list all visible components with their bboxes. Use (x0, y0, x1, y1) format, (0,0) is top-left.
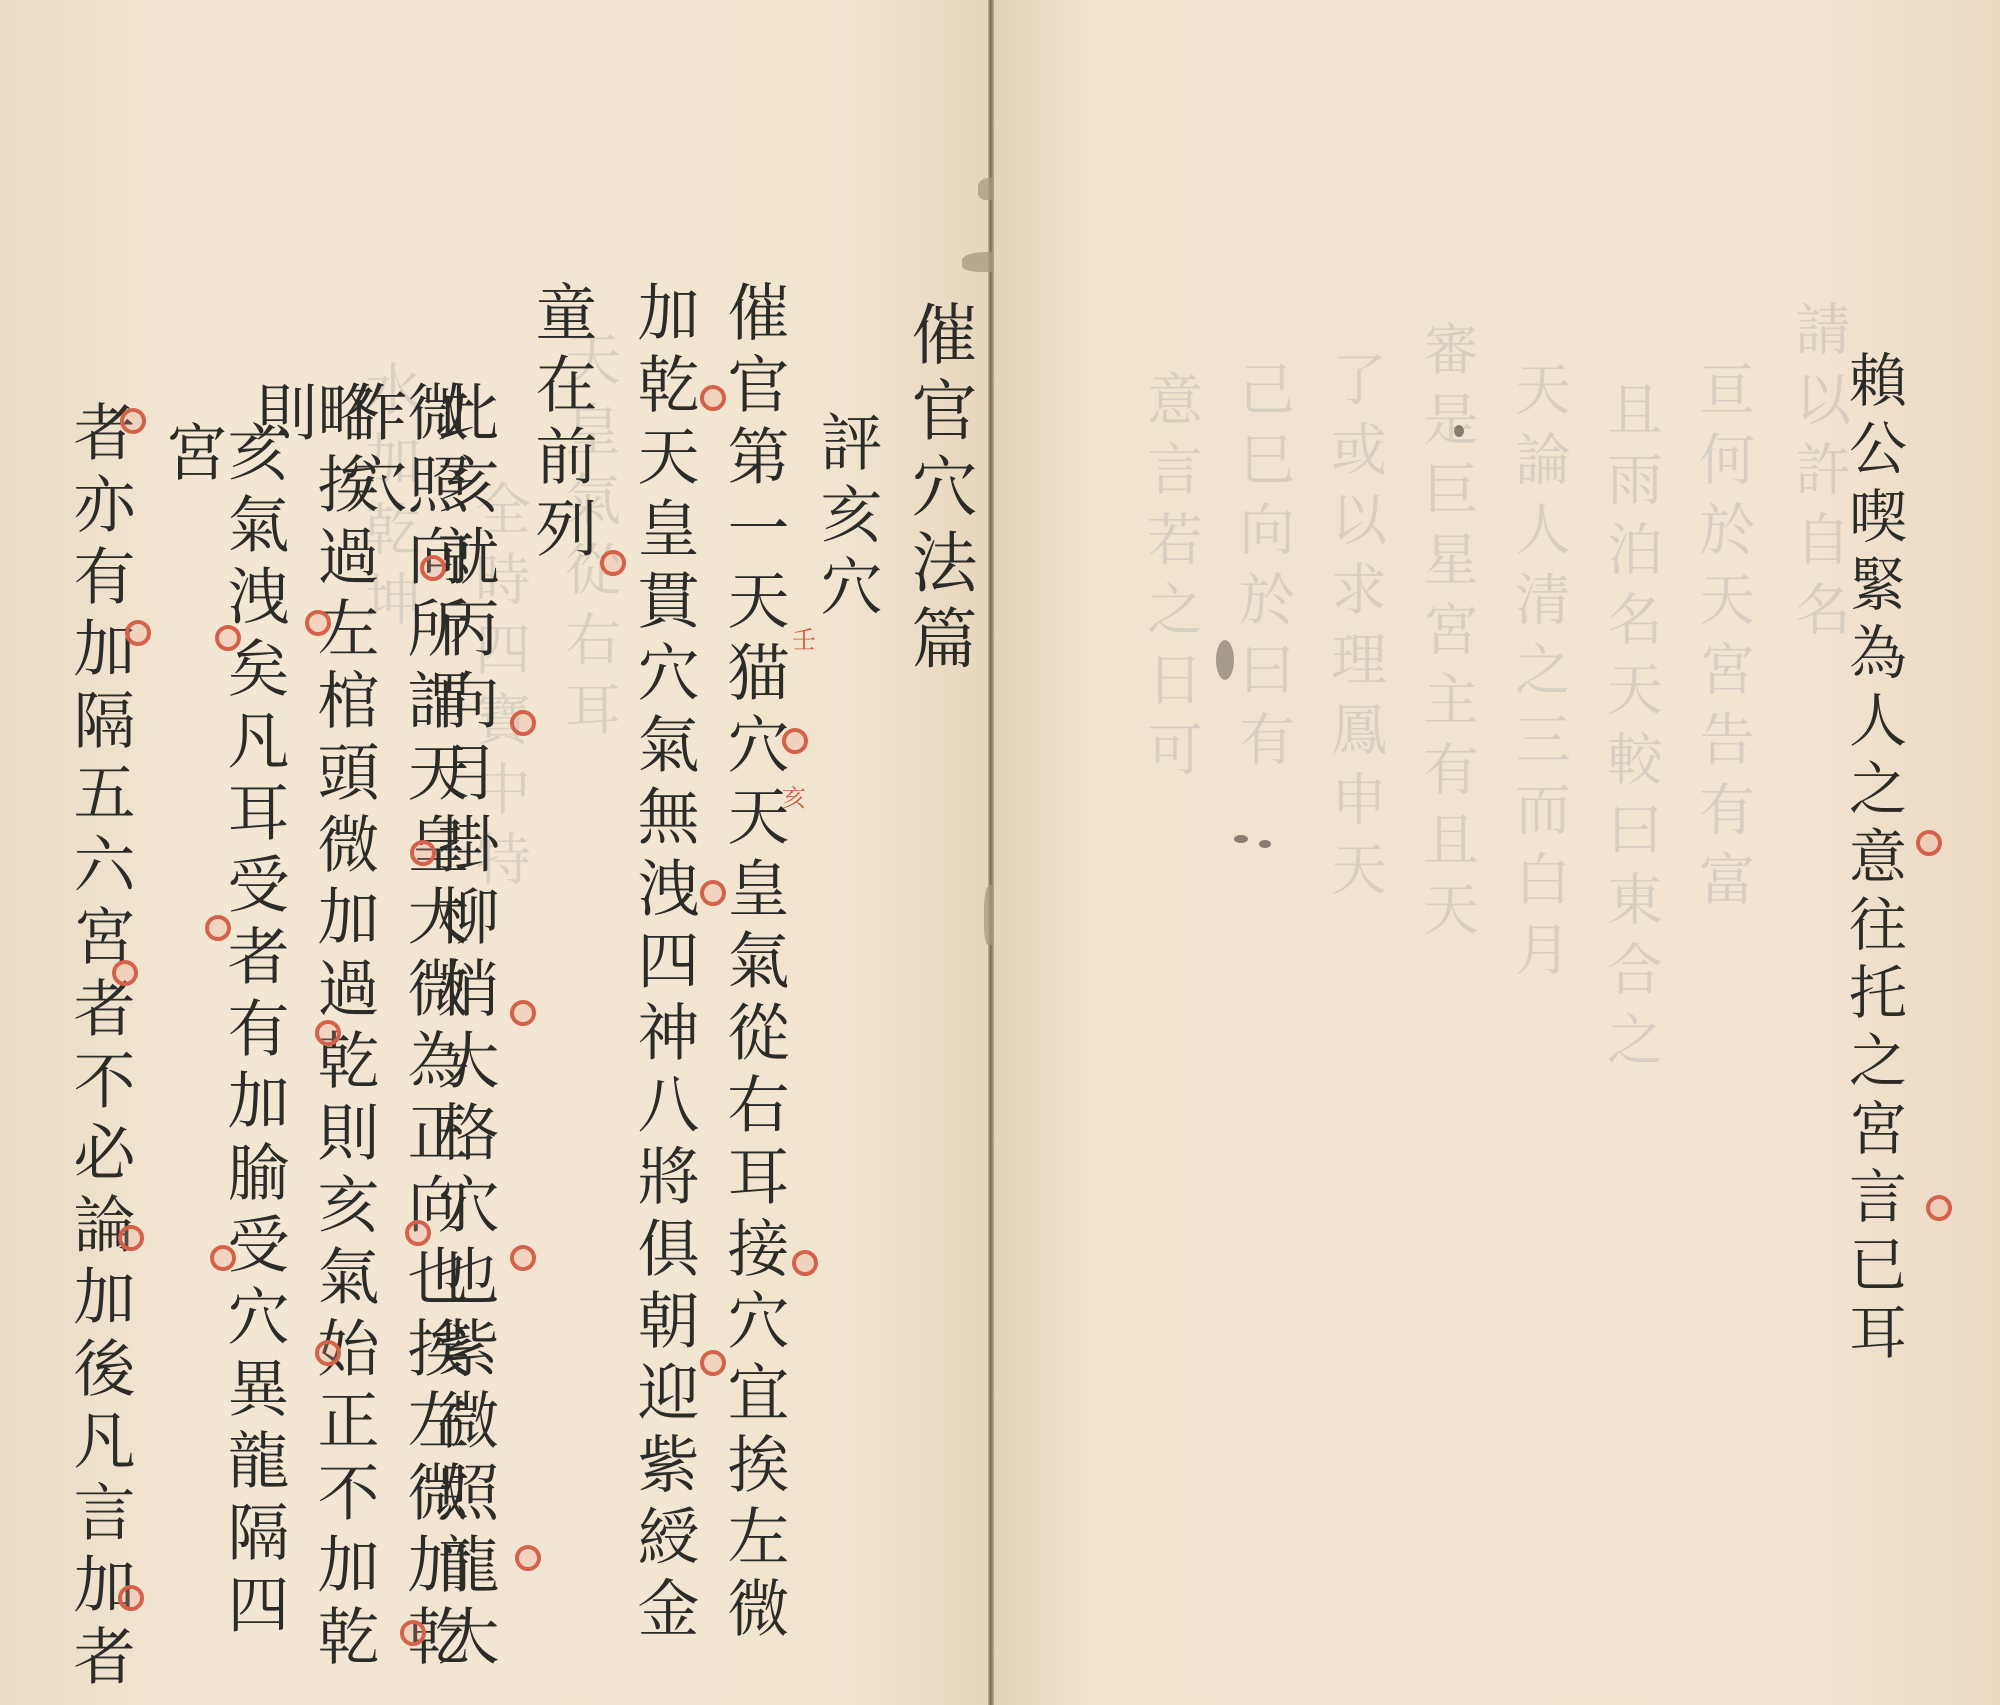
left-page: 天皇氣從右耳 全時四寶中特 水加乾坤 催官穴法篇 評亥穴 催官第一天猫穴天皇氣從… (0, 0, 990, 1705)
red-punctuation-mark (700, 1350, 726, 1376)
red-punctuation-mark (410, 840, 436, 866)
red-annotation: 亥 (782, 778, 806, 813)
text-column-1: 催官第一天猫穴天皇氣從右耳接穴宜挨左微 (722, 280, 784, 1648)
red-punctuation-mark (1916, 830, 1942, 856)
bleed-through-text: 審是巨星宮主有且天 (1418, 320, 1474, 950)
red-punctuation-mark (510, 710, 536, 736)
bleed-through-text: 天論人清之三而白月 (1510, 360, 1566, 990)
bleed-through-text: 意言若之日可 (1142, 370, 1198, 790)
red-punctuation-mark (1926, 1195, 1952, 1221)
paper-blemish (1216, 640, 1234, 680)
red-punctuation-mark (405, 1220, 431, 1246)
red-punctuation-mark (315, 1020, 341, 1046)
red-punctuation-mark (125, 620, 151, 646)
red-annotation: 壬 (792, 620, 816, 655)
red-punctuation-mark (118, 1225, 144, 1251)
text-column-2: 加乾天皇貫穴氣無洩四神八將俱朝迎紫綬金 (632, 280, 694, 1648)
paper-blemish (1234, 835, 1248, 843)
red-punctuation-mark (700, 385, 726, 411)
red-punctuation-mark (305, 610, 331, 636)
red-punctuation-mark (315, 1340, 341, 1366)
chapter-title: 催官穴法篇 (905, 300, 971, 680)
book-spread: 天皇氣從右耳 全時四寶中特 水加乾坤 催官穴法篇 評亥穴 催官第一天猫穴天皇氣從… (0, 0, 2000, 1705)
red-punctuation-mark (510, 1000, 536, 1026)
text-column-right: 賴公喫緊為人之意往托之宮言已耳 (1844, 350, 1902, 1370)
bleed-through-text: 己巳向於曰有 (1234, 360, 1290, 780)
red-punctuation-mark (112, 960, 138, 986)
red-punctuation-mark (420, 555, 446, 581)
bleed-through-text: 請以許自名 (1790, 300, 1846, 650)
red-punctuation-mark (210, 1245, 236, 1271)
text-column-3: 童在前列 (530, 280, 592, 568)
red-punctuation-mark (205, 915, 231, 941)
red-punctuation-mark (400, 1620, 426, 1646)
red-punctuation-mark (792, 1250, 818, 1276)
red-punctuation-mark (782, 728, 808, 754)
red-punctuation-mark (600, 550, 626, 576)
red-punctuation-mark (120, 408, 146, 434)
red-punctuation-mark (700, 880, 726, 906)
red-punctuation-mark (510, 1245, 536, 1271)
red-punctuation-mark (118, 1585, 144, 1611)
paper-blemish (1259, 840, 1271, 848)
chapter-subtitle: 評亥穴 (815, 410, 877, 626)
bleed-through-text: 且雨泊名天較曰東合之 (1602, 380, 1658, 1080)
text-column-8: 者亦有加隔五六宮者不必論加後凡言加者 (68, 400, 130, 1696)
red-punctuation-mark (215, 625, 241, 651)
right-page: 請以許自名 亘何於天宮告有富 且雨泊名天較曰東合之 天論人清之三而白月 審是巨星… (994, 0, 2000, 1705)
paper-blemish (1454, 425, 1464, 437)
bleed-through-text: 了或以求理鳳申天 (1326, 350, 1382, 910)
bleed-through-text: 亘何於天宮告有富 (1694, 360, 1750, 920)
red-punctuation-mark (515, 1545, 541, 1571)
text-column-7: 亥氣洩矣凡耳受者有加腧受穴異龍隔四宮 (160, 420, 284, 1705)
